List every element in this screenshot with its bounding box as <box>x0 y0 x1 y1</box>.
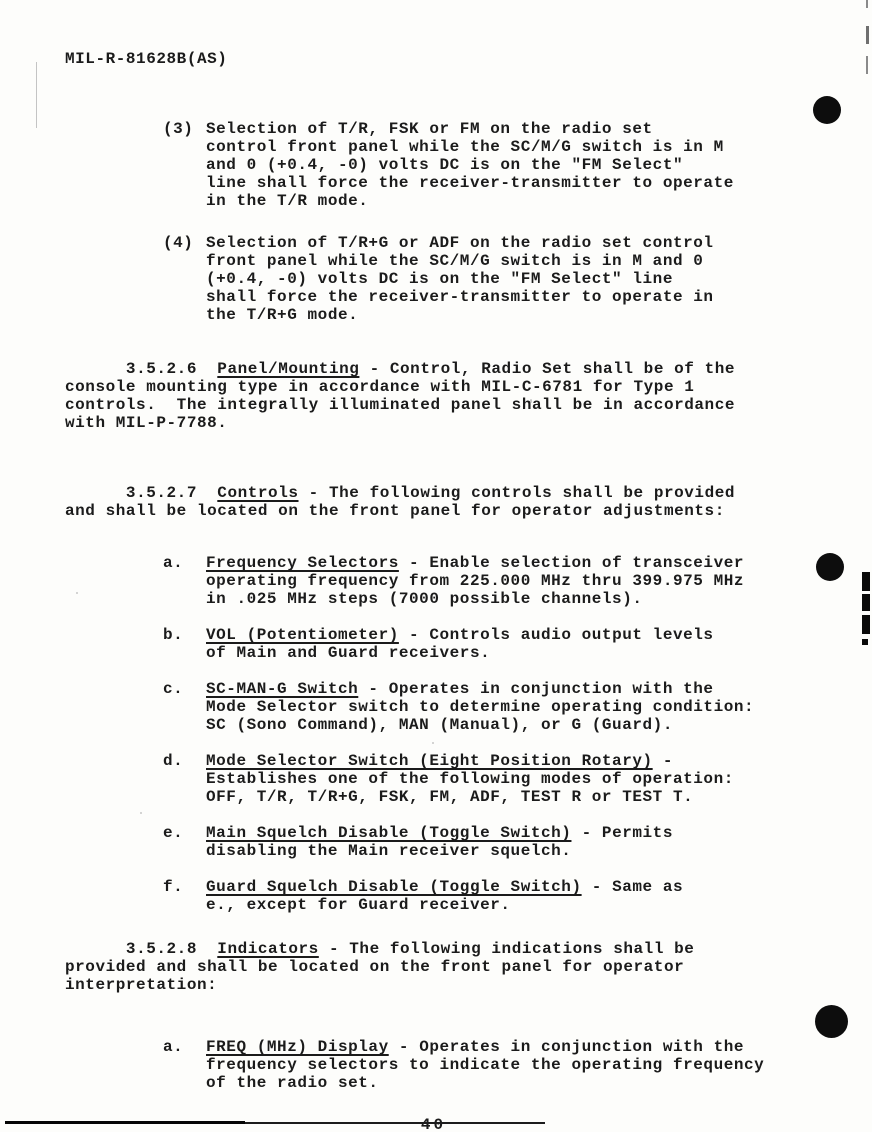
section-3-5-2-7: 3.5.2.7 Controls - The following control… <box>65 466 802 538</box>
binding-mark <box>862 594 870 611</box>
edge-tick-mark <box>866 26 869 44</box>
binding-mark <box>862 615 870 634</box>
section-title: Controls <box>217 484 298 502</box>
item-label: f. <box>163 878 183 896</box>
document-page: MIL-R-81628B(AS) (3) Selection of T/R, F… <box>0 0 872 1132</box>
section-title: Indicators <box>217 940 319 958</box>
control-item-d: d. Mode Selector Switch (Eight Position … <box>163 752 802 806</box>
control-item-e: e. Main Squelch Disable (Toggle Switch) … <box>163 824 802 860</box>
scan-speck <box>268 592 271 595</box>
control-title: Guard Squelch Disable (Toggle Switch) <box>206 878 582 896</box>
indicator-item-a: a. FREQ (MHz) Display - Operates in conj… <box>163 1038 802 1092</box>
registration-dot-icon <box>815 1005 848 1038</box>
control-title: Frequency Selectors <box>206 554 399 572</box>
control-title: Mode Selector Switch (Eight Position Rot… <box>206 752 653 770</box>
page-number: 40 <box>65 1116 802 1132</box>
item-text: VOL (Potentiometer) - Controls audio out… <box>206 626 802 662</box>
control-title: SC-MAN-G Switch <box>206 680 358 698</box>
item-text: Guard Squelch Disable (Toggle Switch) - … <box>206 878 802 914</box>
doc-number-header: MIL-R-81628B(AS) <box>65 50 802 68</box>
item-label: e. <box>163 824 183 842</box>
scan-speck <box>76 592 78 594</box>
item-text: Selection of T/R, FSK or FM on the radio… <box>206 120 802 210</box>
edge-tick-mark <box>866 56 868 74</box>
scan-speck <box>432 742 434 744</box>
item-label: c. <box>163 680 183 698</box>
item-text: SC-MAN-G Switch - Operates in conjunctio… <box>206 680 802 734</box>
item-label: b. <box>163 626 183 644</box>
binding-mark <box>862 572 870 591</box>
section-number: 3.5.2.8 <box>126 940 217 958</box>
section-number: 3.5.2.7 <box>126 484 217 502</box>
edge-tick-mark <box>866 0 868 8</box>
control-title: Main Squelch Disable (Toggle Switch) <box>206 824 571 842</box>
item-text: Mode Selector Switch (Eight Position Rot… <box>206 752 802 806</box>
registration-dot-icon <box>816 553 844 581</box>
control-item-b: b. VOL (Potentiometer) - Controls audio … <box>163 626 802 662</box>
item-label: d. <box>163 752 183 770</box>
indicator-title: FREQ (MHz) Display <box>206 1038 389 1056</box>
scan-artifact-line <box>245 1122 545 1124</box>
numbered-item-4: (4) Selection of T/R+G or ADF on the rad… <box>163 234 802 324</box>
control-item-a: a. Frequency Selectors - Enable selectio… <box>163 554 802 608</box>
section-3-5-2-8: 3.5.2.8 Indicators - The following indic… <box>65 922 802 1012</box>
control-title: VOL (Potentiometer) <box>206 626 399 644</box>
item-label: (3) <box>163 120 193 138</box>
item-text: Selection of T/R+G or ADF on the radio s… <box>206 234 802 324</box>
item-label: (4) <box>163 234 193 252</box>
numbered-item-3: (3) Selection of T/R, FSK or FM on the r… <box>163 120 802 210</box>
section-title: Panel/Mounting <box>217 360 359 378</box>
control-item-c: c. SC-MAN-G Switch - Operates in conjunc… <box>163 680 802 734</box>
item-label: a. <box>163 1038 183 1056</box>
section-number: 3.5.2.6 <box>126 360 217 378</box>
item-label: a. <box>163 554 183 572</box>
binding-mark <box>862 639 868 645</box>
scan-artifact-line <box>36 62 37 128</box>
scan-speck <box>530 399 532 403</box>
scan-speck <box>140 812 142 814</box>
item-text: Frequency Selectors - Enable selection o… <box>206 554 802 608</box>
text-column: MIL-R-81628B(AS) (3) Selection of T/R, F… <box>0 0 872 1132</box>
registration-dot-icon <box>813 96 841 124</box>
item-text: Main Squelch Disable (Toggle Switch) - P… <box>206 824 802 860</box>
item-text: FREQ (MHz) Display - Operates in conjunc… <box>206 1038 802 1092</box>
section-3-5-2-6: 3.5.2.6 Panel/Mounting - Control, Radio … <box>65 342 802 450</box>
control-item-f: f. Guard Squelch Disable (Toggle Switch)… <box>163 878 802 914</box>
scan-artifact-line <box>5 1121 245 1124</box>
